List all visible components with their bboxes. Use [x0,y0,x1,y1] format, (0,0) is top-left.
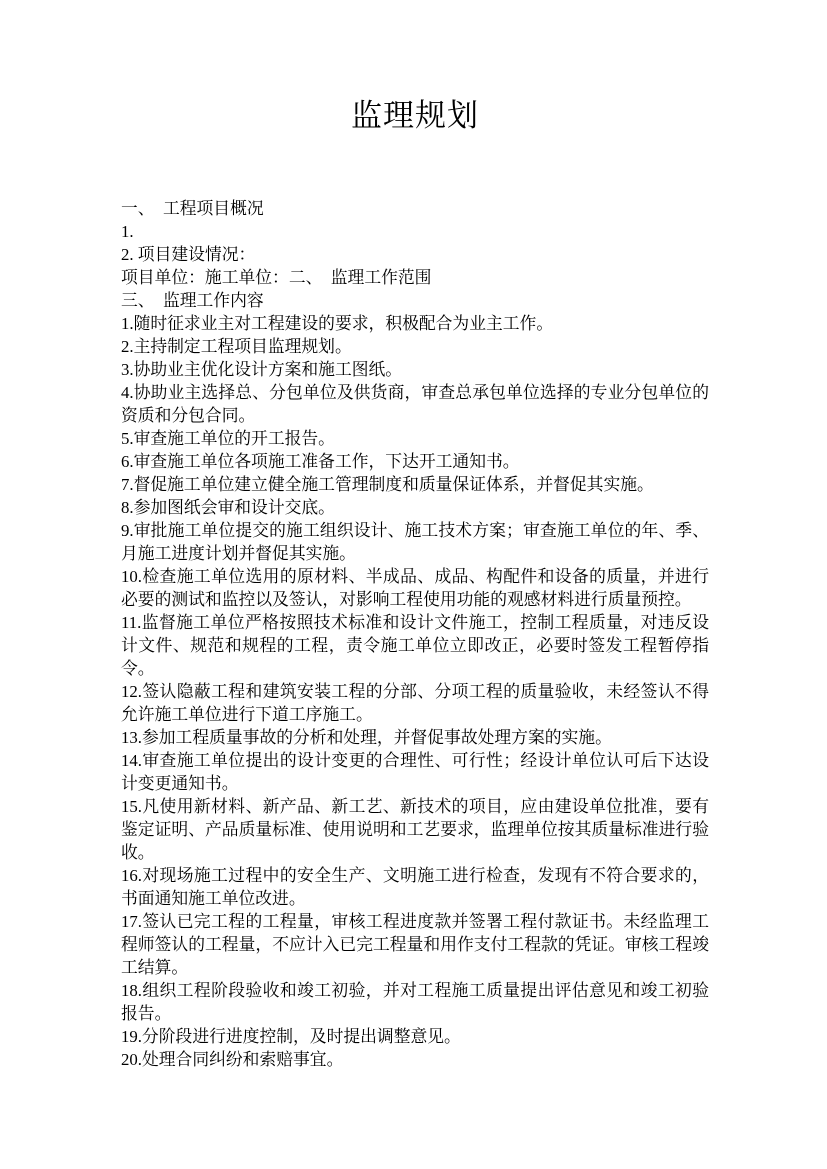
work-item-5: 5.审查施工单位的开工报告。 [121,427,709,450]
work-item-15: 15.凡使用新材料、新产品、新工艺、新技术的项目，应由建设单位批准，要有鉴定证明… [121,795,709,864]
work-item-19: 19.分阶段进行进度控制，及时提出调整意见。 [121,1025,709,1048]
work-item-9: 9.审批施工单位提交的施工组织设计、施工技术方案；审查施工单位的年、季、月施工进… [121,519,709,565]
line-project-units-scope: 项目单位：施工单位：二、 监理工作范围 [121,266,709,289]
work-item-3: 3.协助业主优化设计方案和施工图纸。 [121,358,709,381]
work-item-12: 12.签认隐蔽工程和建筑安装工程的分部、分项工程的质量验收，未经签认不得允许施工… [121,680,709,726]
work-item-14: 14.审查施工单位提出的设计变更的合理性、可行性；经设计单位认可后下达设计变更通… [121,749,709,795]
work-item-4: 4.协助业主选择总、分包单位及供货商，审查总承包单位选择的专业分包单位的资质和分… [121,381,709,427]
document-page: 监理规划 一、 工程项目概况 1. 2. 项目建设情况： 项目单位：施工单位：二… [0,0,827,1169]
work-item-20: 20.处理合同纠纷和索赔事宜。 [121,1048,709,1071]
work-item-6: 6.审查施工单位各项施工准备工作，下达开工通知书。 [121,450,709,473]
section-heading-overview: 一、 工程项目概况 [121,197,709,220]
work-item-8: 8.参加图纸会审和设计交底。 [121,496,709,519]
list-number-2-project-status: 2. 项目建设情况： [121,243,709,266]
document-title: 监理规划 [121,97,709,135]
work-item-10: 10.检查施工单位选用的原材料、半成品、成品、构配件和设备的质量，并进行必要的测… [121,565,709,611]
work-item-16: 16.对现场施工过程中的安全生产、文明施工进行检查，发现有不符合要求的，书面通知… [121,864,709,910]
work-item-2: 2.主持制定工程项目监理规划。 [121,335,709,358]
document-body: 一、 工程项目概况 1. 2. 项目建设情况： 项目单位：施工单位：二、 监理工… [121,197,709,1071]
work-item-13: 13.参加工程质量事故的分析和处理，并督促事故处理方案的实施。 [121,726,709,749]
section-heading-work-content: 三、 监理工作内容 [121,289,709,312]
work-item-11: 11.监督施工单位严格按照技术标准和设计文件施工，控制工程质量，对违反设计文件、… [121,611,709,680]
work-item-1: 1.随时征求业主对工程建设的要求，积极配合为业主工作。 [121,312,709,335]
work-item-17: 17.签认已完工程的工程量，审核工程进度款并签署工程付款证书。未经监理工程师签认… [121,910,709,979]
work-item-18: 18.组织工程阶段验收和竣工初验，并对工程施工质量提出评估意见和竣工初验报告。 [121,979,709,1025]
list-number-1: 1. [121,220,709,243]
work-item-7: 7.督促施工单位建立健全施工管理制度和质量保证体系，并督促其实施。 [121,473,709,496]
